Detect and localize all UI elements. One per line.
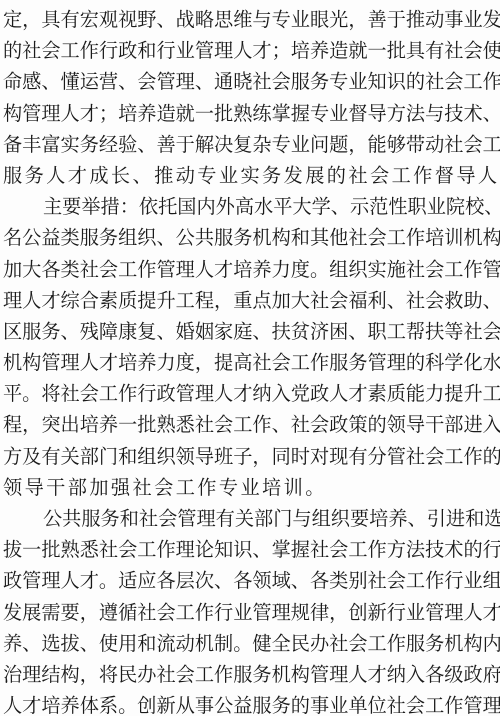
text-line: 人才培养体系。创新从事公益服务的事业单位社会工作管理 — [3, 690, 497, 716]
text-line: 的社会工作行政和行业管理人才；培养造就一批具有社会使 — [3, 35, 497, 66]
paragraph-1: 定，具有宏观视野、战略思维与专业眼光，善于推动事业发展 的社会工作行政和行业管理… — [3, 4, 497, 191]
text-line: 主要举措：依托国内外高水平大学、示范性职业院校、知 — [3, 191, 497, 222]
text-line: 程，突出培养一批熟悉社会工作、社会政策的领导干部进入地 — [3, 409, 497, 440]
text-line: 机构管理人才培养力度，提高社会工作服务管理的科学化水 — [3, 347, 497, 378]
text-line: 备丰富实务经验、善于解决复杂专业问题，能够带动社会工作 — [3, 129, 497, 160]
text-line: 定，具有宏观视野、战略思维与专业眼光，善于推动事业发展 — [3, 4, 497, 35]
text-line: 加大各类社会工作管理人才培养力度。组织实施社会工作管 — [3, 254, 497, 285]
paragraph-3: 公共服务和社会管理有关部门与组织要培养、引进和选 拔一批熟悉社会工作理论知识、掌… — [3, 503, 497, 716]
text-line: 平。将社会工作行政管理人才纳入党政人才素质能力提升工 — [3, 378, 497, 409]
text-line: 服务人才成长、推动专业实务发展的社会工作督导人才。 — [3, 160, 497, 191]
document-page: 定，具有宏观视野、战略思维与专业眼光，善于推动事业发展 的社会工作行政和行业管理… — [0, 0, 500, 716]
text-line: 方及有关部门和组织领导班子，同时对现有分管社会工作的 — [3, 441, 497, 472]
document-body: 定，具有宏观视野、战略思维与专业眼光，善于推动事业发展 的社会工作行政和行业管理… — [3, 4, 497, 716]
text-line: 政管理人才。适应各层次、各领域、各类别社会工作行业组织 — [3, 565, 497, 596]
text-line: 构管理人才；培养造就一批熟练掌握专业督导方法与技术、具 — [3, 98, 497, 129]
text-line: 养、选拔、使用和流动机制。健全民办社会工作服务机构内部 — [3, 628, 497, 659]
text-line: 发展需要，遵循社会工作行业管理规律，创新行业管理人才培 — [3, 597, 497, 628]
text-line: 拔一批熟悉社会工作理论知识、掌握社会工作方法技术的行 — [3, 534, 497, 565]
text-line: 区服务、残障康复、婚姻家庭、扶贫济困、职工帮扶等社会服务 — [3, 316, 497, 347]
text-line: 公共服务和社会管理有关部门与组织要培养、引进和选 — [3, 503, 497, 534]
text-line: 治理结构，将民办社会工作服务机构管理人才纳入各级政府 — [3, 659, 497, 690]
text-line: 命感、懂运营、会管理、通晓社会服务专业知识的社会工作机 — [3, 66, 497, 97]
text-line: 名公益类服务组织、公共服务机构和其他社会工作培训机构， — [3, 222, 497, 253]
paragraph-2: 主要举措：依托国内外高水平大学、示范性职业院校、知 名公益类服务组织、公共服务机… — [3, 191, 497, 503]
text-line: 理人才综合素质提升工程，重点加大社会福利、社会救助、社 — [3, 285, 497, 316]
text-line: 领导干部加强社会工作专业培训。 — [3, 472, 497, 503]
